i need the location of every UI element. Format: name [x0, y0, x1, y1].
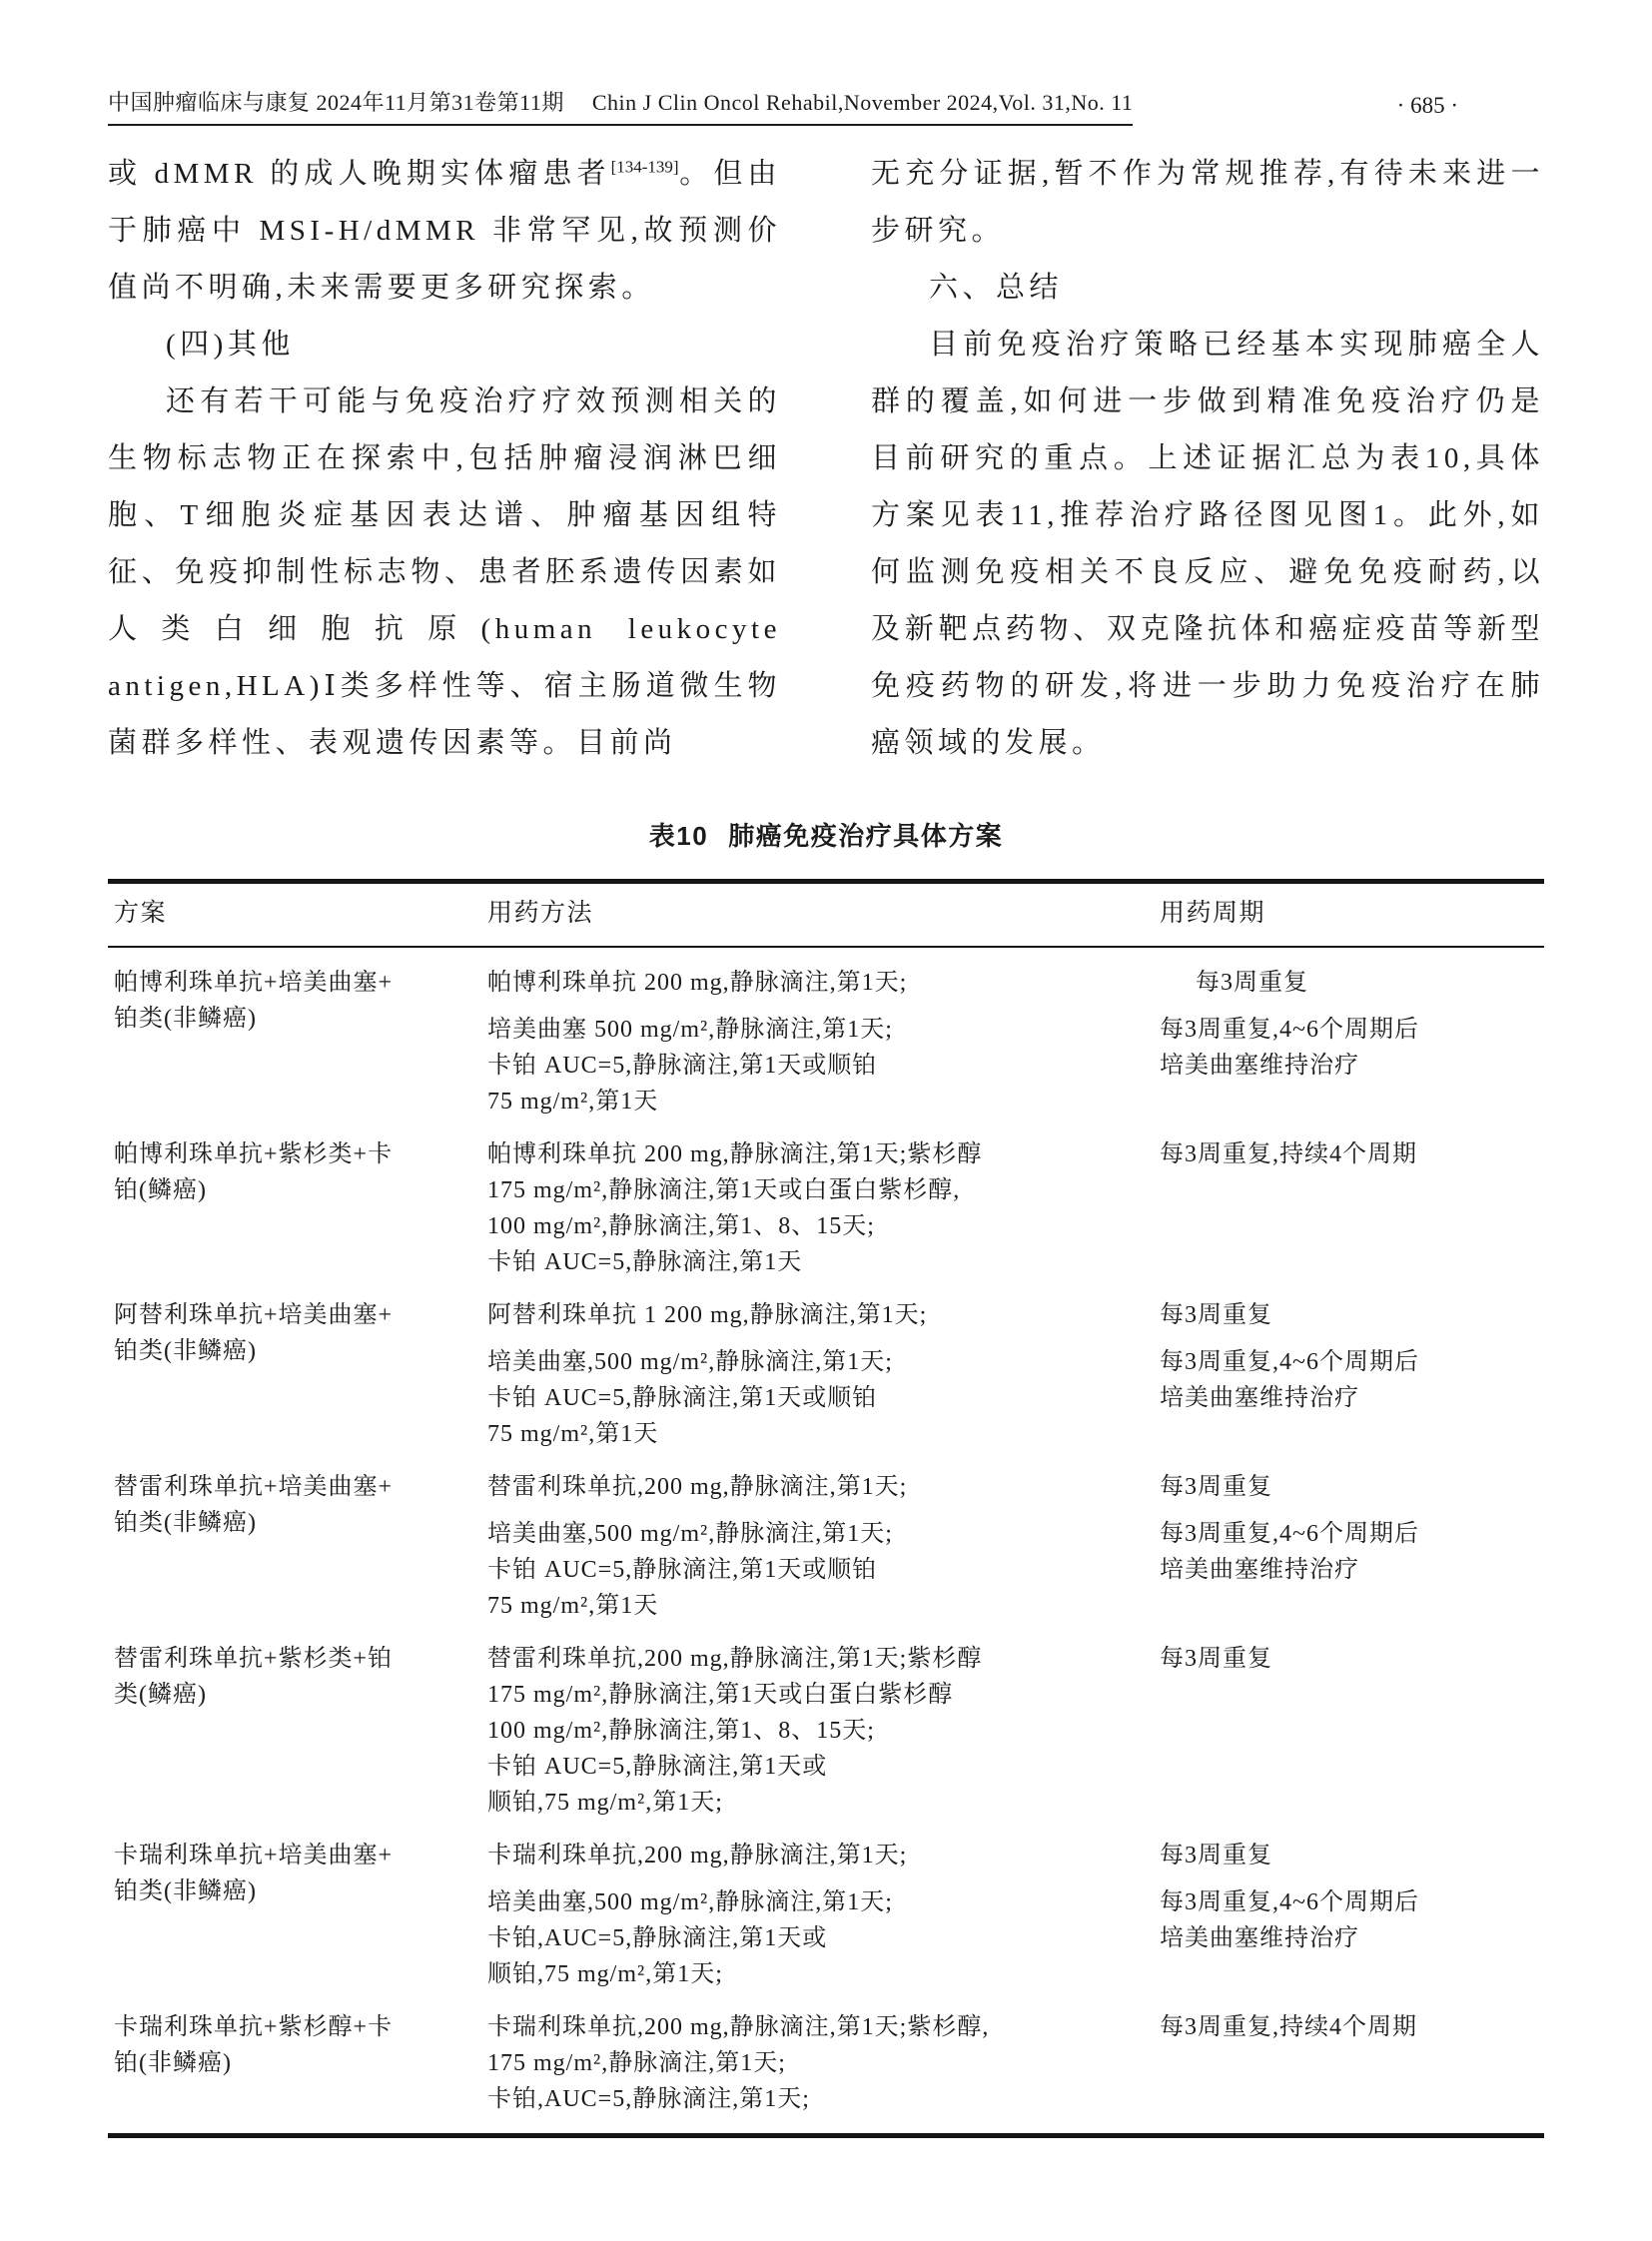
scheme-line: 铂类(非鳞癌): [114, 1505, 451, 1541]
cycle-line: 每3周重复: [1160, 1469, 1544, 1505]
method-line: 75 mg/m²,第1天: [487, 1416, 1120, 1452]
method-block: 卡瑞利珠单抗,200 mg,静脉滴注,第1天;: [487, 1838, 1120, 1873]
cycle-line: 每3周重复,持续4个周期: [1160, 2009, 1544, 2045]
cycle-cell: 每3周重复每3周重复,4~6个周期后培美曲塞维持治疗: [1160, 1838, 1544, 1992]
cycle-line: 培美曲塞维持治疗: [1160, 1048, 1544, 1084]
method-cell: 卡瑞利珠单抗,200 mg,静脉滴注,第1天;培美曲塞,500 mg/m²,静脉…: [487, 1838, 1160, 1992]
cycle-block: 每3周重复,4~6个周期后培美曲塞维持治疗: [1160, 1884, 1544, 1956]
page-number: · 685 ·: [1397, 93, 1458, 126]
method-cell: 替雷利珠单抗,200 mg,静脉滴注,第1天;培美曲塞,500 mg/m²,静脉…: [487, 1469, 1160, 1624]
table-row: 卡瑞利珠单抗+紫杉醇+卡铂(非鳞癌)卡瑞利珠单抗,200 mg,静脉滴注,第1天…: [108, 1992, 1544, 2117]
method-line: 75 mg/m²,第1天: [487, 1084, 1120, 1120]
method-line: 培美曲塞,500 mg/m²,静脉滴注,第1天;: [487, 1344, 1120, 1380]
scheme-cell: 帕博利珠单抗+培美曲塞+铂类(非鳞癌): [108, 965, 487, 1120]
cycle-line: 培美曲塞维持治疗: [1160, 1380, 1544, 1416]
cycle-block: 每3周重复,4~6个周期后培美曲塞维持治疗: [1160, 1344, 1544, 1416]
method-line: 培美曲塞,500 mg/m²,静脉滴注,第1天;: [487, 1516, 1120, 1552]
method-line: 卡瑞利珠单抗,200 mg,静脉滴注,第1天;紫杉醇,: [487, 2009, 1120, 2045]
scheme-line: 铂(非鳞癌): [114, 2045, 451, 2081]
cycle-block: 每3周重复,4~6个周期后培美曲塞维持治疗: [1160, 1516, 1544, 1588]
paragraph-text: 或 dMMR 的成人晚期实体瘤患者: [108, 158, 611, 190]
journal-page: 中国肿瘤临床与康复 2024年11月第31卷第11期Chin J Clin On…: [0, 0, 1652, 2241]
cycle-block: 每3周重复: [1160, 1297, 1544, 1333]
method-line: 帕博利珠单抗 200 mg,静脉滴注,第1天;: [487, 965, 1120, 1001]
method-block: 培美曲塞,500 mg/m²,静脉滴注,第1天;卡铂,AUC=5,静脉滴注,第1…: [487, 1884, 1120, 1992]
method-line: 175 mg/m²,静脉滴注,第1天或白蛋白紫杉醇: [487, 1677, 1120, 1713]
cycle-block: 每3周重复: [1160, 1838, 1544, 1873]
column-header-cycle: 用药周期: [1160, 897, 1544, 931]
scheme-cell: 替雷利珠单抗+培美曲塞+铂类(非鳞癌): [108, 1469, 487, 1624]
scheme-cell: 阿替利珠单抗+培美曲塞+铂类(非鳞癌): [108, 1297, 487, 1452]
table-header-row: 方案 用药方法 用药周期: [108, 879, 1544, 948]
method-block: 帕博利珠单抗 200 mg,静脉滴注,第1天;: [487, 965, 1120, 1001]
table-title-text: 肺癌免疫治疗具体方案: [728, 821, 1003, 851]
table-10-section: 表10肺癌免疫治疗具体方案 方案 用药方法 用药周期 帕博利珠单抗+培美曲塞+铂…: [108, 816, 1544, 2138]
scheme-cell: 替雷利珠单抗+紫杉类+铂类(鳞癌): [108, 1641, 487, 1821]
scheme-line: 卡瑞利珠单抗+培美曲塞+: [114, 1838, 451, 1873]
cycle-block: 每3周重复,持续4个周期: [1160, 1136, 1544, 1172]
scheme-cell: 卡瑞利珠单抗+培美曲塞+铂类(非鳞癌): [108, 1838, 487, 1992]
method-block: 培美曲塞,500 mg/m²,静脉滴注,第1天;卡铂 AUC=5,静脉滴注,第1…: [487, 1516, 1120, 1624]
scheme-line: 铂类(非鳞癌): [114, 1333, 451, 1369]
table-row: 阿替利珠单抗+培美曲塞+铂类(非鳞癌)阿替利珠单抗 1 200 mg,静脉滴注,…: [108, 1280, 1544, 1452]
scheme-line: 铂(鳞癌): [114, 1172, 451, 1208]
cycle-cell: 每3周重复每3周重复,4~6个周期后培美曲塞维持治疗: [1160, 1469, 1544, 1624]
method-block: 培美曲塞 500 mg/m²,静脉滴注,第1天;卡铂 AUC=5,静脉滴注,第1…: [487, 1012, 1120, 1120]
table-row: 替雷利珠单抗+培美曲塞+铂类(非鳞癌)替雷利珠单抗,200 mg,静脉滴注,第1…: [108, 1452, 1544, 1624]
method-line: 阿替利珠单抗 1 200 mg,静脉滴注,第1天;: [487, 1297, 1120, 1333]
method-line: 卡铂 AUC=5,静脉滴注,第1天或: [487, 1749, 1120, 1785]
method-block: 培美曲塞,500 mg/m²,静脉滴注,第1天;卡铂 AUC=5,静脉滴注,第1…: [487, 1344, 1120, 1452]
table-row: 帕博利珠单抗+紫杉类+卡铂(鳞癌)帕博利珠单抗 200 mg,静脉滴注,第1天;…: [108, 1120, 1544, 1280]
scheme-line: 帕博利珠单抗+培美曲塞+: [114, 965, 451, 1001]
method-cell: 卡瑞利珠单抗,200 mg,静脉滴注,第1天;紫杉醇,175 mg/m²,静脉滴…: [487, 2009, 1160, 2117]
method-line: 培美曲塞 500 mg/m²,静脉滴注,第1天;: [487, 1012, 1120, 1048]
table-body: 帕博利珠单抗+培美曲塞+铂类(非鳞癌)帕博利珠单抗 200 mg,静脉滴注,第1…: [108, 948, 1544, 2138]
cycle-line: 每3周重复,4~6个周期后: [1160, 1344, 1544, 1380]
cycle-block: 每3周重复: [1160, 1469, 1544, 1505]
scheme-line: 铂类(非鳞癌): [114, 1873, 451, 1909]
method-block: 替雷利珠单抗,200 mg,静脉滴注,第1天;: [487, 1469, 1120, 1505]
method-block: 替雷利珠单抗,200 mg,静脉滴注,第1天;紫杉醇175 mg/m²,静脉滴注…: [487, 1641, 1120, 1821]
method-line: 培美曲塞,500 mg/m²,静脉滴注,第1天;: [487, 1884, 1120, 1920]
method-block: 帕博利珠单抗 200 mg,静脉滴注,第1天;紫杉醇175 mg/m²,静脉滴注…: [487, 1136, 1120, 1280]
cycle-cell: 每3周重复,持续4个周期: [1160, 1136, 1544, 1280]
scheme-line: 帕博利珠单抗+紫杉类+卡: [114, 1136, 451, 1172]
cycle-cell: 每3周重复,持续4个周期: [1160, 2009, 1544, 2117]
cycle-line: 每3周重复,4~6个周期后: [1160, 1012, 1544, 1048]
method-line: 100 mg/m²,静脉滴注,第1、8、15天;: [487, 1208, 1120, 1244]
cycle-line: 培美曲塞维持治疗: [1160, 1920, 1544, 1956]
cycle-line: 每3周重复,持续4个周期: [1160, 1136, 1544, 1172]
subsection-heading-other: (四)其他: [108, 317, 781, 373]
cycle-cell: 每3周重复每3周重复,4~6个周期后培美曲塞维持治疗: [1160, 965, 1544, 1120]
method-block: 卡瑞利珠单抗,200 mg,静脉滴注,第1天;紫杉醇,175 mg/m²,静脉滴…: [487, 2009, 1120, 2117]
scheme-line: 卡瑞利珠单抗+紫杉醇+卡: [114, 2009, 451, 2045]
cycle-line: 每3周重复: [1196, 965, 1544, 1001]
table-title-label: 表10: [649, 821, 708, 851]
cycle-cell: 每3周重复每3周重复,4~6个周期后培美曲塞维持治疗: [1160, 1297, 1544, 1452]
body-columns: 或 dMMR 的成人晚期实体瘤患者[134-139]。但由于肺癌中 MSI-H/…: [108, 146, 1544, 772]
method-cell: 帕博利珠单抗 200 mg,静脉滴注,第1天;培美曲塞 500 mg/m²,静脉…: [487, 965, 1160, 1120]
cycle-line: 每3周重复,4~6个周期后: [1160, 1516, 1544, 1552]
scheme-line: 类(鳞癌): [114, 1677, 451, 1713]
method-line: 卡铂 AUC=5,静脉滴注,第1天: [487, 1244, 1120, 1280]
cycle-line: 每3周重复: [1160, 1641, 1544, 1677]
table-title: 表10肺癌免疫治疗具体方案: [108, 816, 1544, 853]
scheme-cell: 帕博利珠单抗+紫杉类+卡铂(鳞癌): [108, 1136, 487, 1280]
method-line: 卡铂,AUC=5,静脉滴注,第1天或: [487, 1920, 1120, 1956]
page-header: 中国肿瘤临床与康复 2024年11月第31卷第11期Chin J Clin On…: [108, 86, 1544, 126]
method-line: 卡铂 AUC=5,静脉滴注,第1天或顺铂: [487, 1380, 1120, 1416]
method-block: 阿替利珠单抗 1 200 mg,静脉滴注,第1天;: [487, 1297, 1120, 1333]
scheme-line: 阿替利珠单抗+培美曲塞+: [114, 1297, 451, 1333]
method-line: 顺铂,75 mg/m²,第1天;: [487, 1785, 1120, 1821]
table-row: 卡瑞利珠单抗+培美曲塞+铂类(非鳞癌)卡瑞利珠单抗,200 mg,静脉滴注,第1…: [108, 1821, 1544, 1992]
paragraph-summary: 目前免疫治疗策略已经基本实现肺癌全人群的覆盖,如何进一步做到精准免疫治疗仍是目前…: [871, 317, 1544, 772]
cycle-block: 每3周重复,4~6个周期后培美曲塞维持治疗: [1160, 1012, 1544, 1084]
right-column: 无充分证据,暂不作为常规推荐,有待未来进一步研究。 六、总结 目前免疫治疗策略已…: [871, 146, 1544, 772]
paragraph-dmmr: 或 dMMR 的成人晚期实体瘤患者[134-139]。但由于肺癌中 MSI-H/…: [108, 146, 781, 317]
method-cell: 替雷利珠单抗,200 mg,静脉滴注,第1天;紫杉醇175 mg/m²,静脉滴注…: [487, 1641, 1160, 1821]
cycle-line: 培美曲塞维持治疗: [1160, 1552, 1544, 1588]
cycle-block: 每3周重复: [1160, 1641, 1544, 1677]
method-line: 帕博利珠单抗 200 mg,静脉滴注,第1天;紫杉醇: [487, 1136, 1120, 1172]
cycle-block: 每3周重复,持续4个周期: [1160, 2009, 1544, 2045]
method-line: 100 mg/m²,静脉滴注,第1、8、15天;: [487, 1713, 1120, 1749]
running-head: 中国肿瘤临床与康复 2024年11月第31卷第11期Chin J Clin On…: [108, 86, 1133, 126]
method-line: 卡铂 AUC=5,静脉滴注,第1天或顺铂: [487, 1048, 1120, 1084]
scheme-line: 替雷利珠单抗+紫杉类+铂: [114, 1641, 451, 1677]
method-line: 175 mg/m²,静脉滴注,第1天;: [487, 2045, 1120, 2081]
column-header-method: 用药方法: [487, 897, 1160, 931]
method-line: 替雷利珠单抗,200 mg,静脉滴注,第1天;紫杉醇: [487, 1641, 1120, 1677]
journal-title-en: Chin J Clin Oncol Rehabil,November 2024,…: [592, 90, 1134, 115]
method-line: 75 mg/m²,第1天: [487, 1588, 1120, 1624]
scheme-line: 替雷利珠单抗+培美曲塞+: [114, 1469, 451, 1505]
cycle-block: 每3周重复: [1160, 965, 1544, 1001]
cycle-cell: 每3周重复: [1160, 1641, 1544, 1821]
reference-superscript: [134-139]: [611, 157, 679, 176]
cycle-line: 每3周重复: [1160, 1297, 1544, 1333]
method-line: 顺铂,75 mg/m²,第1天;: [487, 1956, 1120, 1992]
table-row: 替雷利珠单抗+紫杉类+铂类(鳞癌)替雷利珠单抗,200 mg,静脉滴注,第1天;…: [108, 1624, 1544, 1821]
method-line: 替雷利珠单抗,200 mg,静脉滴注,第1天;: [487, 1469, 1120, 1505]
left-column: 或 dMMR 的成人晚期实体瘤患者[134-139]。但由于肺癌中 MSI-H/…: [108, 146, 781, 772]
scheme-line: 铂类(非鳞癌): [114, 1001, 451, 1037]
cycle-line: 每3周重复: [1160, 1838, 1544, 1873]
section-heading-summary: 六、总结: [871, 260, 1544, 317]
cycle-line: 每3周重复,4~6个周期后: [1160, 1884, 1544, 1920]
column-header-scheme: 方案: [108, 897, 487, 931]
paragraph-biomarkers: 还有若干可能与免疫治疗疗效预测相关的生物标志物正在探索中,包括肿瘤浸润淋巴细胞、…: [108, 373, 781, 772]
method-line: 卡铂,AUC=5,静脉滴注,第1天;: [487, 2081, 1120, 2117]
method-line: 卡瑞利珠单抗,200 mg,静脉滴注,第1天;: [487, 1838, 1120, 1873]
method-line: 175 mg/m²,静脉滴注,第1天或白蛋白紫杉醇,: [487, 1172, 1120, 1208]
scheme-cell: 卡瑞利珠单抗+紫杉醇+卡铂(非鳞癌): [108, 2009, 487, 2117]
table-row: 帕博利珠单抗+培美曲塞+铂类(非鳞癌)帕博利珠单抗 200 mg,静脉滴注,第1…: [108, 948, 1544, 1120]
method-line: 卡铂 AUC=5,静脉滴注,第1天或顺铂: [487, 1552, 1120, 1588]
method-cell: 阿替利珠单抗 1 200 mg,静脉滴注,第1天;培美曲塞,500 mg/m²,…: [487, 1297, 1160, 1452]
method-cell: 帕博利珠单抗 200 mg,静脉滴注,第1天;紫杉醇175 mg/m²,静脉滴注…: [487, 1136, 1160, 1280]
journal-title-cn: 中国肿瘤临床与康复 2024年11月第31卷第11期: [108, 90, 564, 115]
paragraph-evidence: 无充分证据,暂不作为常规推荐,有待未来进一步研究。: [871, 146, 1544, 260]
